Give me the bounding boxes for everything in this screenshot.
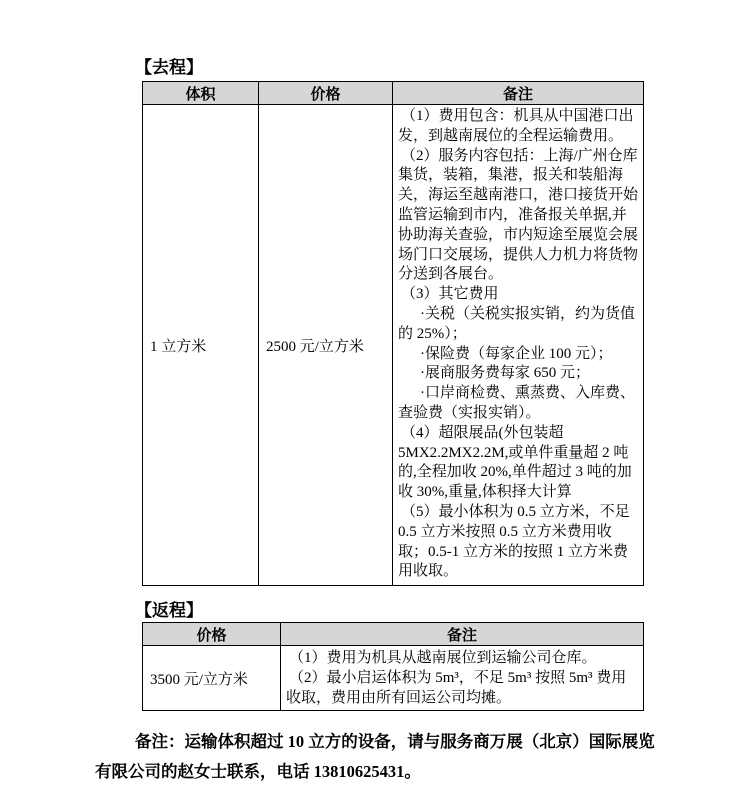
outbound-col-price: 价格	[259, 82, 393, 105]
note-paragraph: （2）最小启运体积为 5m³，不足 5m³ 按照 5m³ 费用收取，费用由所有回…	[286, 668, 639, 708]
outbound-header-row: 体积 价格 备注	[143, 82, 644, 105]
outbound-table: 体积 价格 备注 1 立方米 2500 元/立方米 （1）费用包含：机具从中国港…	[142, 81, 644, 586]
note-paragraph: （4）超限展品(外包装超5MX2.2MX2.2M,或单件重量超 2 吨的,全程加…	[398, 424, 639, 503]
footer-contact-note: 备注：运输体积超过 10 立方的设备，请与服务商万展（北京）国际展览有限公司的赵…	[95, 727, 667, 787]
return-col-price: 价格	[143, 623, 281, 646]
note-paragraph: （5）最小体积为 0.5 立方米，不足 0.5 立方米按照 0.5 立方米费用收…	[398, 503, 639, 582]
return-table: 价格 备注 3500 元/立方米 （1）费用为机具从越南展位到运输公司仓库。 （…	[142, 622, 644, 711]
outbound-price-value: 2500 元/立方米	[259, 105, 393, 586]
outbound-data-row: 1 立方米 2500 元/立方米 （1）费用包含：机具从中国港口出发，到越南展位…	[143, 105, 644, 586]
note-paragraph: （2）服务内容包括：上海/广州仓库集货，装箱，集港，报关和装船海关，海运至越南港…	[398, 147, 639, 286]
return-section-title: 【返程】	[135, 596, 203, 621]
note-paragraph: ·口岸商检费、熏蒸费、入库费、查验费（实报实销）。	[398, 384, 639, 424]
note-paragraph: ·关税（关税实报实销，约为货值的 25%）；	[398, 305, 639, 345]
note-paragraph: （1）费用包含：机具从中国港口出发，到越南展位的全程运输费用。	[398, 107, 639, 147]
outbound-col-notes: 备注	[393, 82, 644, 105]
outbound-section-title: 【去程】	[135, 53, 203, 78]
return-price-value: 3500 元/立方米	[143, 646, 281, 711]
note-paragraph: （3）其它费用	[398, 285, 639, 305]
note-paragraph: ·保险费（每家企业 100 元）；	[398, 345, 639, 365]
document-page: 【去程】 体积 价格 备注 1 立方米 2500 元/立方米 （1）费用包含：机…	[0, 0, 750, 793]
note-paragraph: （1）费用为机具从越南展位到运输公司仓库。	[286, 648, 639, 668]
outbound-col-volume: 体积	[143, 82, 259, 105]
outbound-volume-value: 1 立方米	[143, 105, 259, 586]
return-col-notes: 备注	[281, 623, 644, 646]
return-data-row: 3500 元/立方米 （1）费用为机具从越南展位到运输公司仓库。 （2）最小启运…	[143, 646, 644, 711]
outbound-notes-cell: （1）费用包含：机具从中国港口出发，到越南展位的全程运输费用。 （2）服务内容包…	[393, 105, 644, 586]
note-paragraph: ·展商服务费每家 650 元；	[398, 364, 639, 384]
return-notes-cell: （1）费用为机具从越南展位到运输公司仓库。 （2）最小启运体积为 5m³，不足 …	[281, 646, 644, 711]
return-header-row: 价格 备注	[143, 623, 644, 646]
